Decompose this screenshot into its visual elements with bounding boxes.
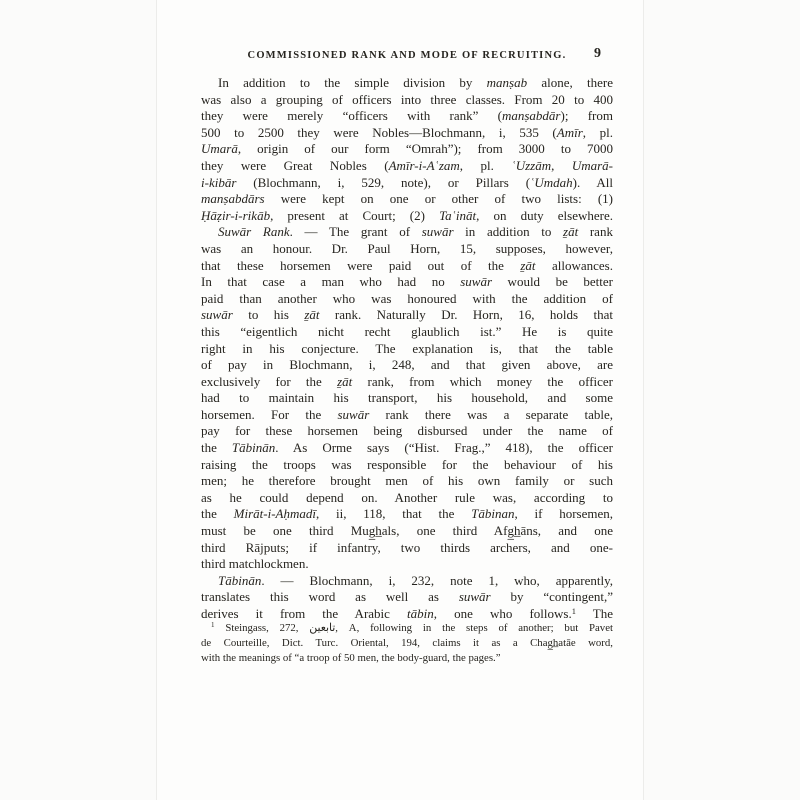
text-segment: Tābinān <box>218 573 261 588</box>
text-line: exclusively for the ẕāt rank, from which… <box>201 374 613 391</box>
text-segment: in addition to <box>454 224 564 239</box>
text-segment: , pl. <box>460 158 512 173</box>
text-segment: ẕāt <box>304 307 319 322</box>
running-header: COMMISSIONED RANK AND MODE OF RECRUITING… <box>201 50 613 61</box>
text-segment: , origin of our form “Omrah”); from 3000… <box>238 141 613 156</box>
text-segment: ẕāt <box>520 258 535 273</box>
text-segment: suwār <box>201 307 233 322</box>
text-segment: manṣabdārs <box>201 191 265 206</box>
text-segment: ). All <box>573 175 613 190</box>
text-segment: manṣab <box>487 75 527 90</box>
text-segment: this “eigentlich nicht recht glaublich i… <box>201 324 613 339</box>
text-segment: Amīr <box>557 125 583 140</box>
text-line: Tābinān. — Blochmann, i, 232, note 1, wh… <box>201 573 613 590</box>
text-segment: , ii, 118, that the <box>316 506 471 521</box>
text-segment: third Rājputs; if infantry, two thirds a… <box>201 540 613 555</box>
text-segment: i-kibār <box>201 175 236 190</box>
text-segment: as he could depend on. Another rule was,… <box>201 490 613 505</box>
text-line: Umarā, origin of our form “Omrah”); from… <box>201 141 613 158</box>
text-segment: alone, there <box>527 75 613 90</box>
arabic-word: تابعين <box>309 622 335 634</box>
text-segment: Amīr-i-Aʿzam <box>389 158 460 173</box>
text-segment: was an honour. Dr. Paul Horn, 15, suppos… <box>201 241 613 256</box>
text-segment: de Courteille, Dict. Turc. Oriental, 194… <box>201 637 613 649</box>
text-segment: ʿUmdah <box>530 175 573 190</box>
text-segment: paid than another who was honoured with … <box>201 291 613 306</box>
page-number: 9 <box>594 46 601 62</box>
text-segment: translates this word as well as <box>201 589 459 604</box>
text-segment: suwār <box>338 407 370 422</box>
text-segment: manṣabdār <box>502 108 561 123</box>
text-segment: rank, from which money the officer <box>352 374 613 389</box>
text-segment: Tābinan <box>471 506 514 521</box>
text-line: the Tābinān. As Orme says (“Hist. Frag.,… <box>201 440 613 457</box>
text-segment: . — Blochmann, i, 232, note 1, who, appa… <box>261 573 613 588</box>
text-line: 1 Steingass, 272, تابعين, A, following i… <box>201 621 613 636</box>
text-segment: had to maintain his transport, his house… <box>201 390 613 405</box>
text-segment: In that case a man who had no <box>201 274 460 289</box>
footnote: 1 Steingass, 272, تابعين, A, following i… <box>201 621 613 667</box>
text-segment: allowances. <box>536 258 613 273</box>
text-segment: , one who follows. <box>434 606 572 621</box>
running-header-title: COMMISSIONED RANK AND MODE OF RECRUITING… <box>248 50 567 61</box>
text-segment: , A, following in the steps of another; … <box>335 622 613 634</box>
text-line: paid than another who was honoured with … <box>201 291 613 308</box>
text-line: i-kibār (Blochmann, i, 529, note), or Pi… <box>201 175 613 192</box>
text-line: third matchlockmen. <box>201 556 613 573</box>
text-line: raising the troops was responsible for t… <box>201 457 613 474</box>
text-line: horsemen. For the suwār rank there was a… <box>201 407 613 424</box>
text-segment: suwār <box>459 589 491 604</box>
text-segment: ẕāt <box>563 224 578 239</box>
text-segment: , pl. <box>583 125 613 140</box>
text-segment: Umarā- <box>572 158 613 173</box>
text-segment: the <box>201 440 232 455</box>
text-segment: 500 to 2500 they were Nobles—Blochmann, … <box>201 125 557 140</box>
text-segment: they were Great Nobles ( <box>201 158 389 173</box>
text-line: Ḥāẓir-i-rikāb, present at Court; (2) Taʿ… <box>201 208 613 225</box>
text-segment: rank there was a separate table, <box>369 407 613 422</box>
text-segment: Steingass, 272, <box>215 622 310 634</box>
text-segment: of pay in Blochmann, i, 248, and that gi… <box>201 357 613 372</box>
text-line: pay for these horsemen being disbursed u… <box>201 423 613 440</box>
text-line: right in his conjecture. The explanation… <box>201 341 613 358</box>
text-segment: rank. Naturally Dr. Horn, 16, holds that <box>320 307 613 322</box>
text-line: was an honour. Dr. Paul Horn, 15, suppos… <box>201 241 613 258</box>
text-segment: were kept on one or other of two lists: … <box>265 191 613 206</box>
text-line: was also a grouping of officers into thr… <box>201 92 613 109</box>
text-segment: they were merely “officers with rank” ( <box>201 108 502 123</box>
text-segment: , on duty elsewhere. <box>476 208 613 223</box>
text-segment: would be better <box>492 274 613 289</box>
text-segment: , if horsemen, <box>515 506 614 521</box>
text-line: third Rājputs; if infantry, two thirds a… <box>201 540 613 557</box>
text-line: this “eigentlich nicht recht glaublich i… <box>201 324 613 341</box>
text-line: suwār to his ẕāt rank. Naturally Dr. Hor… <box>201 307 613 324</box>
text-segment: , <box>551 158 572 173</box>
text-line: 500 to 2500 they were Nobles—Blochmann, … <box>201 125 613 142</box>
text-line: manṣabdārs were kept on one or other of … <box>201 191 613 208</box>
text-line: In addition to the simple division by ma… <box>201 75 613 92</box>
text-segment: . As Orme says (“Hist. Frag.,” 418), the… <box>275 440 613 455</box>
text-line: with the meanings of “a troop of 50 men,… <box>201 651 613 666</box>
text-segment: exclusively for the <box>201 374 337 389</box>
text-segment: rank <box>578 224 613 239</box>
text-segment: was also a grouping of officers into thr… <box>201 92 613 107</box>
text-line: had to maintain his transport, his house… <box>201 390 613 407</box>
text-segment: Mirāt-i-Aḥmadī <box>234 506 316 521</box>
text-segment: raising the troops was responsible for t… <box>201 457 613 472</box>
text-segment: horsemen. For the <box>201 407 338 422</box>
text-segment: with the meanings of “a troop of 50 men,… <box>201 652 501 664</box>
text-segment: The <box>576 606 613 621</box>
text-segment: Taʿināt <box>439 208 476 223</box>
text-line: as he could depend on. Another rule was,… <box>201 490 613 507</box>
text-segment: right in his conjecture. The explanation… <box>201 341 613 356</box>
text-segment: must be one third Mug̲h̲als, one third A… <box>201 523 613 538</box>
text-segment: suwār <box>422 224 454 239</box>
text-segment: ẕāt <box>337 374 352 389</box>
text-segment: by “contingent,” <box>491 589 613 604</box>
text-line: of pay in Blochmann, i, 248, and that gi… <box>201 357 613 374</box>
text-segment: men; he therefore brought men of his own… <box>201 473 613 488</box>
scanned-book-page: COMMISSIONED RANK AND MODE OF RECRUITING… <box>0 0 800 800</box>
text-segment: In addition to the simple division by <box>218 75 487 90</box>
text-segment: Ḥāẓir-i-rikāb <box>201 208 270 223</box>
page: COMMISSIONED RANK AND MODE OF RECRUITING… <box>156 0 644 800</box>
body-text: In addition to the simple division by ma… <box>201 75 613 623</box>
text-line: Suwār Rank. — The grant of suwār in addi… <box>201 224 613 241</box>
text-segment: Suwār Rank <box>218 224 290 239</box>
text-segment: to his <box>233 307 305 322</box>
text-segment: . — The grant of <box>290 224 422 239</box>
text-line: translates this word as well as suwār by… <box>201 589 613 606</box>
text-segment: that these horsemen were paid out of the <box>201 258 520 273</box>
text-segment: pay for these horsemen being disbursed u… <box>201 423 613 438</box>
text-line: men; he therefore brought men of his own… <box>201 473 613 490</box>
text-line: must be one third Mug̲h̲als, one third A… <box>201 523 613 540</box>
text-segment: derives it from the Arabic <box>201 606 407 621</box>
text-line: that these horsemen were paid out of the… <box>201 258 613 275</box>
text-segment: third matchlockmen. <box>201 556 309 571</box>
text-segment: , present at Court; (2) <box>270 208 439 223</box>
text-line: the Mirāt-i-Aḥmadī, ii, 118, that the Tā… <box>201 506 613 523</box>
text-segment: ʿUzzām <box>511 158 551 173</box>
text-segment: ); from <box>561 108 614 123</box>
text-line: they were merely “officers with rank” (m… <box>201 108 613 125</box>
text-segment: suwār <box>460 274 492 289</box>
text-segment: Tābinān <box>232 440 275 455</box>
text-line: de Courteille, Dict. Turc. Oriental, 194… <box>201 636 613 651</box>
text-line: In that case a man who had no suwār woul… <box>201 274 613 291</box>
text-segment: the <box>201 506 234 521</box>
text-segment: (Blochmann, i, 529, note), or Pillars ( <box>236 175 530 190</box>
text-line: they were Great Nobles (Amīr-i-Aʿzam, pl… <box>201 158 613 175</box>
text-segment: Umarā <box>201 141 238 156</box>
text-segment: tābin <box>407 606 434 621</box>
